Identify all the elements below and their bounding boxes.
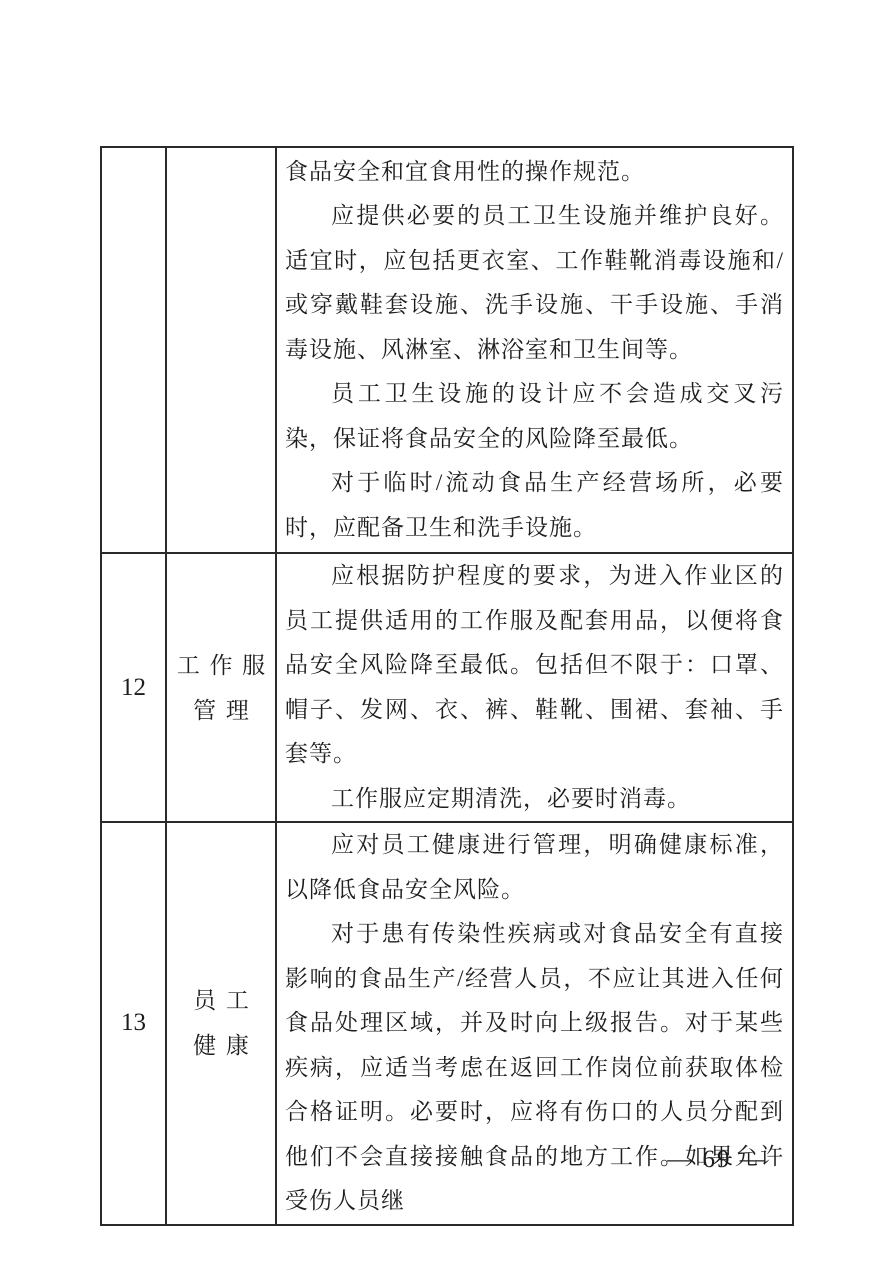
category-line: 工作服 — [167, 643, 275, 688]
page-number: — 69 — — [0, 1146, 892, 1174]
paragraph: 应对员工健康进行管理，明确健康标准，以降低食品安全风险。 — [285, 823, 784, 912]
category-line: 健康 — [167, 1023, 275, 1068]
regulations-table: 食品安全和宜食用性的操作规范。 应提供必要的员工卫生设施并维护良好。适宜时，应包… — [100, 146, 794, 1226]
paragraph: 对于患有传染性疾病或对食品安全有直接影响的食品生产/经营人员，不应让其进入任何食… — [285, 912, 784, 1224]
paragraph: 工作服应定期清洗，必要时消毒。 — [285, 777, 784, 822]
paragraph: 食品安全和宜食用性的操作规范。 — [285, 150, 784, 195]
paragraph: 应根据防护程度的要求，为进入作业区的员工提供适用的工作服及配套用品，以便将食品安… — [285, 554, 784, 777]
table-row-12: 12 工作服 管理 应根据防护程度的要求，为进入作业区的员工提供适用的工作服及配… — [101, 553, 793, 822]
row-number-cell — [101, 147, 166, 553]
category-line: 管理 — [167, 688, 275, 733]
table-row-continuation: 食品安全和宜食用性的操作规范。 应提供必要的员工卫生设施并维护良好。适宜时，应包… — [101, 147, 793, 553]
row-category-cell — [166, 147, 276, 553]
paragraph: 对于临时/流动食品生产经营场所，必要时，应配备卫生和洗手设施。 — [285, 461, 784, 550]
page-number-text: — 69 — — [667, 1146, 767, 1174]
row-content-cell: 应根据防护程度的要求，为进入作业区的员工提供适用的工作服及配套用品，以便将食品安… — [276, 553, 793, 822]
row-content-cell: 食品安全和宜食用性的操作规范。 应提供必要的员工卫生设施并维护良好。适宜时，应包… — [276, 147, 793, 553]
paragraph: 员工卫生设施的设计应不会造成交叉污染，保证将食品安全的风险降至最低。 — [285, 372, 784, 461]
row-number-cell: 12 — [101, 553, 166, 822]
paragraph: 应提供必要的员工卫生设施并维护良好。适宜时，应包括更衣室、工作鞋靴消毒设施和/或… — [285, 194, 784, 372]
category-line: 员工 — [167, 978, 275, 1023]
row-category-cell: 工作服 管理 — [166, 553, 276, 822]
